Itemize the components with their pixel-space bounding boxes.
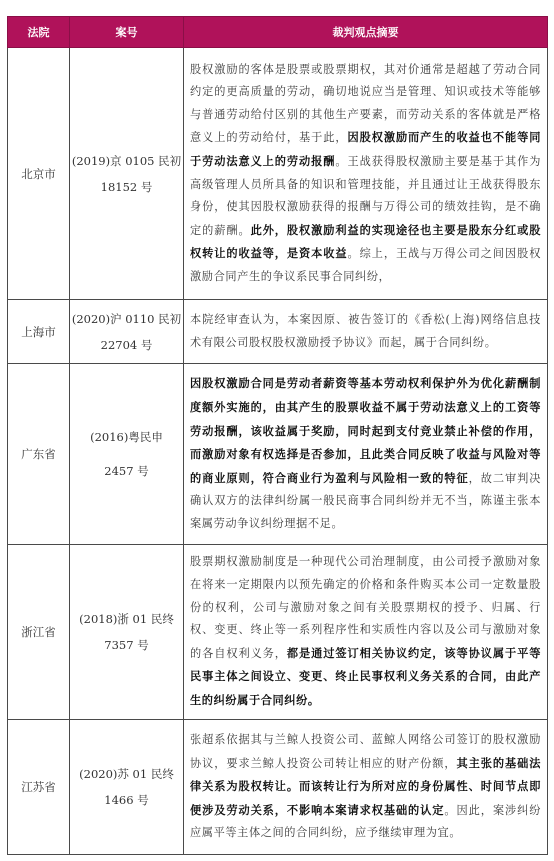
table-header: 法院 案号 裁判观点摘要	[8, 17, 548, 48]
table-row: 上海市 (2020)沪 0110 民初 22704 号 本院经审查认为，本案因原…	[8, 300, 548, 364]
ruling-summary-cell: 本院经审查认为，本案因原、被告签订的《香松(上海)网络信息技术有限公司股权股权激…	[184, 300, 548, 364]
case-number-cell: (2019)京 0105 民初 18152 号	[70, 48, 184, 300]
court-rulings-table: 法院 案号 裁判观点摘要 北京市 (2019)京 0105 民初 18152 号…	[7, 16, 548, 855]
case-number-line1: (2019)京 0105 民初	[70, 148, 183, 174]
table-row: 江苏省 (2020)苏 01 民终 1466 号 张超系依据其与兰鲸人投资公司、…	[8, 720, 548, 855]
ruling-summary-cell: 因股权激励合同是劳动者薪资等基本劳动权利保护外为优化薪酬制度额外实施的，由其产生…	[184, 364, 548, 545]
court-cell: 广东省	[8, 364, 70, 545]
case-number-line2: 2457 号	[70, 458, 183, 484]
case-number-line1: (2020)沪 0110 民初	[70, 306, 183, 332]
ruling-summary-cell: 股权激励的客体是股票或股票期权，其对价通常是超越了劳动合同约定的更高质量的劳动，…	[184, 48, 548, 300]
summary-text: 本院经审查认为，本案因原、被告签订的《香松(上海)网络信息技术有限公司股权股权激…	[190, 313, 541, 349]
case-number-line1: (2018)浙 01 民终	[70, 606, 183, 632]
case-number-line2: 7357 号	[70, 632, 183, 658]
case-number-cell: (2020)苏 01 民终 1466 号	[70, 720, 184, 855]
table-row: 浙江省 (2018)浙 01 民终 7357 号 股票期权激励制度是一种现代公司…	[8, 545, 548, 720]
table-row: 北京市 (2019)京 0105 民初 18152 号 股权激励的客体是股票或股…	[8, 48, 548, 300]
court-cell: 浙江省	[8, 545, 70, 720]
case-number-line1: (2020)苏 01 民终	[70, 761, 183, 787]
case-number-line2: 1466 号	[70, 787, 183, 813]
header-case-number: 案号	[70, 17, 184, 48]
court-cell: 上海市	[8, 300, 70, 364]
ruling-summary-cell: 股票期权激励制度是一种现代公司治理制度，由公司授予激励对象在将来一定期限内以预先…	[184, 545, 548, 720]
case-number-line1: (2016)粤民申	[70, 424, 183, 450]
court-cell: 江苏省	[8, 720, 70, 855]
table-row: 广东省 (2016)粤民申 2457 号 因股权激励合同是劳动者薪资等基本劳动权…	[8, 364, 548, 545]
case-number-cell: (2020)沪 0110 民初 22704 号	[70, 300, 184, 364]
header-ruling-summary: 裁判观点摘要	[184, 17, 548, 48]
header-court: 法院	[8, 17, 70, 48]
ruling-summary-cell: 张超系依据其与兰鲸人投资公司、蓝鲸人网络公司签订的股权激励协议，要求兰鲸人投资公…	[184, 720, 548, 855]
case-number-cell: (2018)浙 01 民终 7357 号	[70, 545, 184, 720]
case-number-cell: (2016)粤民申 2457 号	[70, 364, 184, 545]
court-cell: 北京市	[8, 48, 70, 300]
emphasized-text: 因股权激励合同是劳动者薪资等基本劳动权利保护外为优化薪酬制度额外实施的，由其产生…	[190, 376, 541, 484]
case-number-line2: 22704 号	[70, 332, 183, 358]
case-number-line2: 18152 号	[70, 174, 183, 200]
summary-text: 股票期权激励制度是一种现代公司治理制度，由公司授予激励对象在将来一定期限内以预先…	[190, 555, 541, 659]
